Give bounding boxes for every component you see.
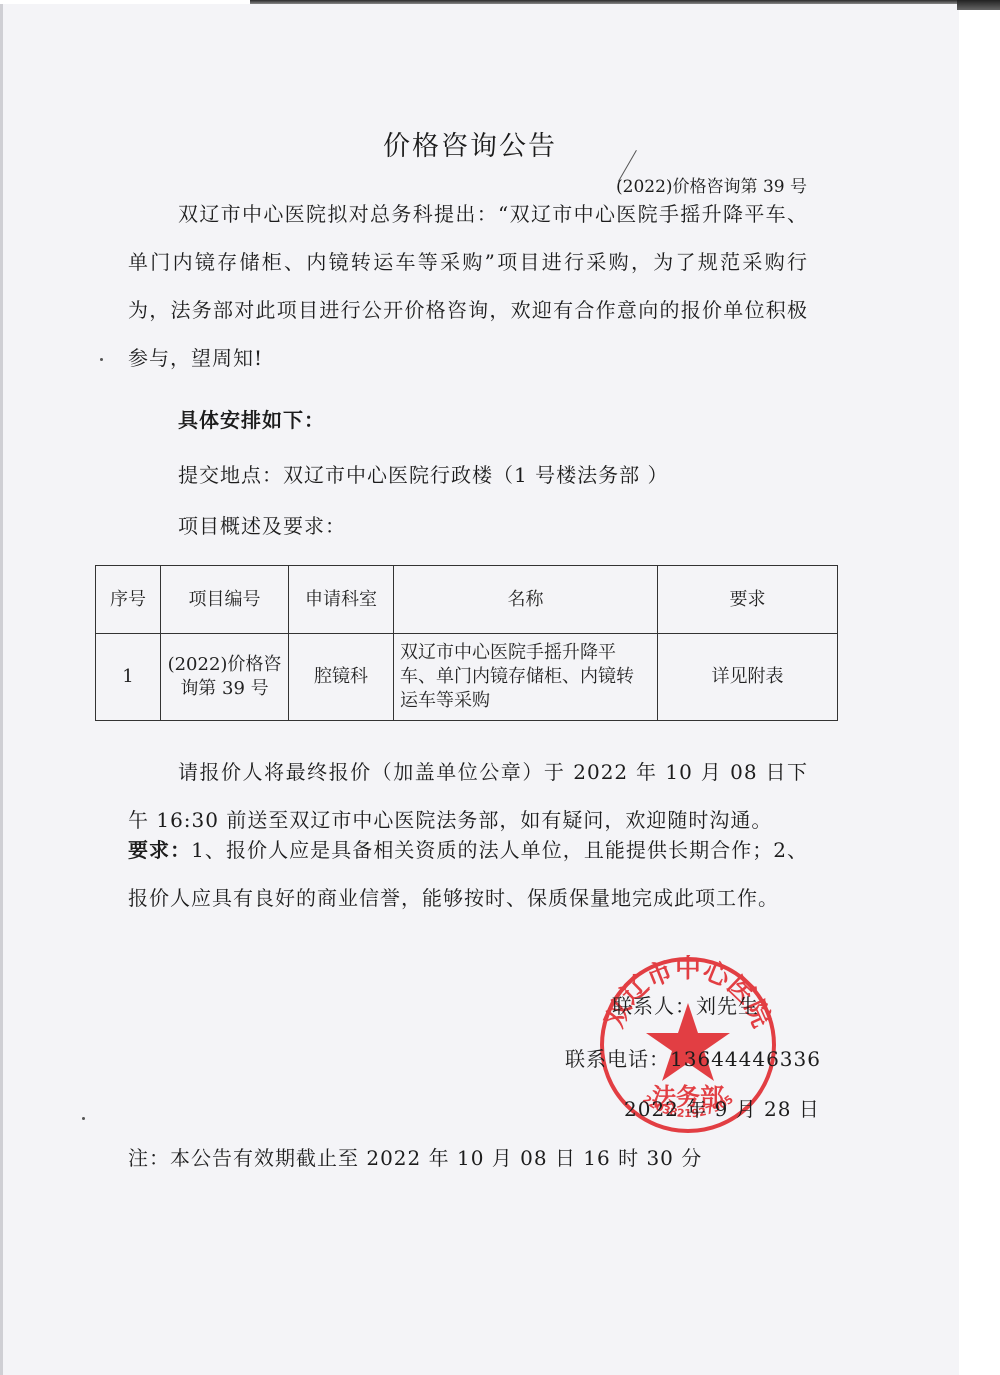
col-header-requirement: 要求 [658,566,838,634]
col-header-index: 序号 [96,566,161,634]
intro-paragraph: 双辽市中心医院拟对总务科提出：“双辽市中心医院手摇升降平车、单门内镜存储柜、内镜… [128,190,808,382]
project-table: 序号 项目编号 申请科室 名称 要求 1 (2022)价格咨询第 39 号 腔镜… [95,565,838,721]
contact-person: 联系人：刘先生 [612,990,759,1019]
cell-requirement: 详见附表 [658,634,838,721]
scan-edge [957,0,1000,10]
arrangement-heading: 具体安排如下： [178,404,325,433]
overview-heading: 项目概述及要求： [178,510,346,539]
table-header-row: 序号 项目编号 申请科室 名称 要求 [96,566,838,634]
col-header-name: 名称 [394,566,658,634]
page-title: 价格咨询公告 [0,124,940,163]
validity-note: 注：本公告有效期截止至 2022 年 10 月 08 日 16 时 30 分 [128,1142,702,1171]
cell-department: 腔镜科 [289,634,394,721]
cell-name: 双辽市中心医院手摇升降平车、单门内镜存储柜、内镜转运车等采购 [394,634,658,721]
cell-index: 1 [96,634,161,721]
scan-speck [82,1117,85,1120]
contact-phone: 联系电话：13644446336 [565,1043,821,1072]
scan-speck [100,358,103,361]
cell-project-no: (2022)价格咨询第 39 号 [161,634,289,721]
submit-location: 提交地点：双辽市中心医院行政楼（1 号楼法务部 ） [178,459,668,488]
table-row: 1 (2022)价格咨询第 39 号 腔镜科 双辽市中心医院手摇升降平车、单门内… [96,634,838,721]
col-header-department: 申请科室 [289,566,394,634]
col-header-project-no: 项目编号 [161,566,289,634]
scan-edge [250,0,960,4]
requirements-label: 要求： [128,838,191,862]
requirements-paragraph: 要求：1、报价人应是具备相关资质的法人单位，且能提供长期合作；2、报价人应具有良… [128,826,808,922]
requirements-text: 1、报价人应是具备相关资质的法人单位，且能提供长期合作；2、报价人应具有良好的商… [128,838,808,910]
issue-date: 2022 年 9 月 28 日 [624,1093,820,1122]
